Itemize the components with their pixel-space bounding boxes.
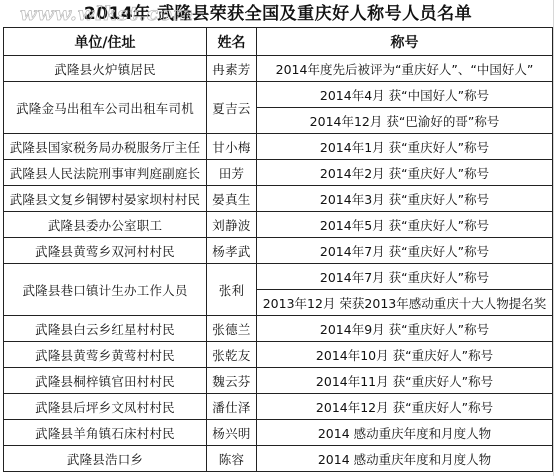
header-unit: 单位/住址 bbox=[4, 28, 207, 56]
cell-name: 田芳 bbox=[207, 160, 257, 186]
cell-unit: 武隆县白云乡红星村村民 bbox=[4, 316, 207, 342]
cell-unit: 武隆县羊角镇石床村村民 bbox=[4, 420, 207, 446]
table-row: 武隆县黄莺乡双河村村民 杨孝武 2014年7月 获“重庆好人”称号 bbox=[4, 238, 553, 264]
table-row: 武隆县浩口乡 陈容 2014 感动重庆年度和月度人物 bbox=[4, 446, 553, 472]
cell-name: 张利 bbox=[207, 264, 257, 316]
table-header-row: 单位/住址 姓名 称号 bbox=[4, 28, 553, 56]
cell-title: 2014年7月 获“重庆好人”称号 bbox=[257, 238, 553, 264]
cell-name: 魏云芬 bbox=[207, 368, 257, 394]
cell-name: 晏真生 bbox=[207, 186, 257, 212]
table-row: 武隆县黄莺乡黄莺村村民 张乾友 2014年10月 获“重庆好人”称号 bbox=[4, 342, 553, 368]
table-row: 武隆县桐梓镇官田村村民 魏云芬 2014年11月 获“重庆好人”称号 bbox=[4, 368, 553, 394]
page-edge-divider bbox=[553, 0, 554, 476]
header-name: 姓名 bbox=[207, 28, 257, 56]
cell-title: 2014年5月 获“重庆好人”称号 bbox=[257, 212, 553, 238]
cell-title: 2014年3月 获“重庆好人”称号 bbox=[257, 186, 553, 212]
cell-unit: 武隆县委办公室职工 bbox=[4, 212, 207, 238]
table-row: 武隆县文复乡铜锣村晏家坝村村民 晏真生 2014年3月 获“重庆好人”称号 bbox=[4, 186, 553, 212]
cell-name: 陈容 bbox=[207, 446, 257, 472]
cell-unit: 武隆县黄莺乡双河村村民 bbox=[4, 238, 207, 264]
cell-name: 刘静波 bbox=[207, 212, 257, 238]
cell-title: 2014年11月 获“重庆好人”称号 bbox=[257, 368, 553, 394]
cell-name: 潘仕泽 bbox=[207, 394, 257, 420]
table-row: 武隆县委办公室职工 刘静波 2014年5月 获“重庆好人”称号 bbox=[4, 212, 553, 238]
cell-name: 张乾友 bbox=[207, 342, 257, 368]
table-row: 武隆县羊角镇石床村村民 杨兴明 2014 感动重庆年度和月度人物 bbox=[4, 420, 553, 446]
cell-unit: 武隆县后坪乡文凤村村民 bbox=[4, 394, 207, 420]
cell-title: 2014年度先后被评为“重庆好人”、“中国好人” bbox=[257, 56, 553, 82]
cell-title: 2014年12月 获“重庆好人”称号 bbox=[257, 394, 553, 420]
table-row: 武隆县人民法院刑事审判庭副庭长 田芳 2014年2月 获“重庆好人”称号 bbox=[4, 160, 553, 186]
cell-name: 杨孝武 bbox=[207, 238, 257, 264]
cell-name: 张德兰 bbox=[207, 316, 257, 342]
header-title: 称号 bbox=[257, 28, 553, 56]
table-row: 武隆县巷口镇计生办工作人员 张利 2014年7月 获“重庆好人”称号 bbox=[4, 264, 553, 290]
table-row: 武隆县国家税务局办税服务厅主任 甘小梅 2014年1月 获“重庆好人”称号 bbox=[4, 134, 553, 160]
cell-title: 2014年4月 获“中国好人”称号 bbox=[257, 82, 553, 108]
cell-unit: 武隆县巷口镇计生办工作人员 bbox=[4, 264, 207, 316]
cell-unit: 武隆县桐梓镇官田村村民 bbox=[4, 368, 207, 394]
cell-title: 2013年12月 荣获2013年感动重庆十大人物提名奖 bbox=[257, 290, 553, 316]
cell-unit: 武隆县浩口乡 bbox=[4, 446, 207, 472]
cell-unit: 武隆县黄莺乡黄莺村村民 bbox=[4, 342, 207, 368]
cell-unit: 武隆县火炉镇居民 bbox=[4, 56, 207, 82]
cell-name: 夏吉云 bbox=[207, 82, 257, 134]
honoree-table: 单位/住址 姓名 称号 武隆县火炉镇居民 冉素芳 2014年度先后被评为“重庆好… bbox=[3, 27, 553, 472]
cell-title: 2014年2月 获“重庆好人”称号 bbox=[257, 160, 553, 186]
cell-name: 甘小梅 bbox=[207, 134, 257, 160]
cell-title: 2014 感动重庆年度和月度人物 bbox=[257, 446, 553, 472]
cell-unit: 武隆县国家税务局办税服务厅主任 bbox=[4, 134, 207, 160]
table-row: 武隆县火炉镇居民 冉素芳 2014年度先后被评为“重庆好人”、“中国好人” bbox=[4, 56, 553, 82]
cell-unit: 武隆县文复乡铜锣村晏家坝村村民 bbox=[4, 186, 207, 212]
cell-name: 冉素芳 bbox=[207, 56, 257, 82]
cell-title: 2014年1月 获“重庆好人”称号 bbox=[257, 134, 553, 160]
cell-unit: 武隆县人民法院刑事审判庭副庭长 bbox=[4, 160, 207, 186]
cell-title: 2014年9月 获“重庆好人”称号 bbox=[257, 316, 553, 342]
page-title: 2014年 武隆县荣获全国及重庆好人称号人员名单 bbox=[0, 2, 556, 26]
cell-title: 2014年10月 获“重庆好人”称号 bbox=[257, 342, 553, 368]
table-row: 武隆县后坪乡文凤村村民 潘仕泽 2014年12月 获“重庆好人”称号 bbox=[4, 394, 553, 420]
table-row: 武隆金马出租车公司出租车司机 夏吉云 2014年4月 获“中国好人”称号 bbox=[4, 82, 553, 108]
cell-name: 杨兴明 bbox=[207, 420, 257, 446]
table-row: 武隆县白云乡红星村村民 张德兰 2014年9月 获“重庆好人”称号 bbox=[4, 316, 553, 342]
cell-unit: 武隆金马出租车公司出租车司机 bbox=[4, 82, 207, 134]
cell-title: 2014年12月 获“巴渝好的哥”称号 bbox=[257, 108, 553, 134]
cell-title: 2014年7月 获“重庆好人”称号 bbox=[257, 264, 553, 290]
cell-title: 2014 感动重庆年度和月度人物 bbox=[257, 420, 553, 446]
